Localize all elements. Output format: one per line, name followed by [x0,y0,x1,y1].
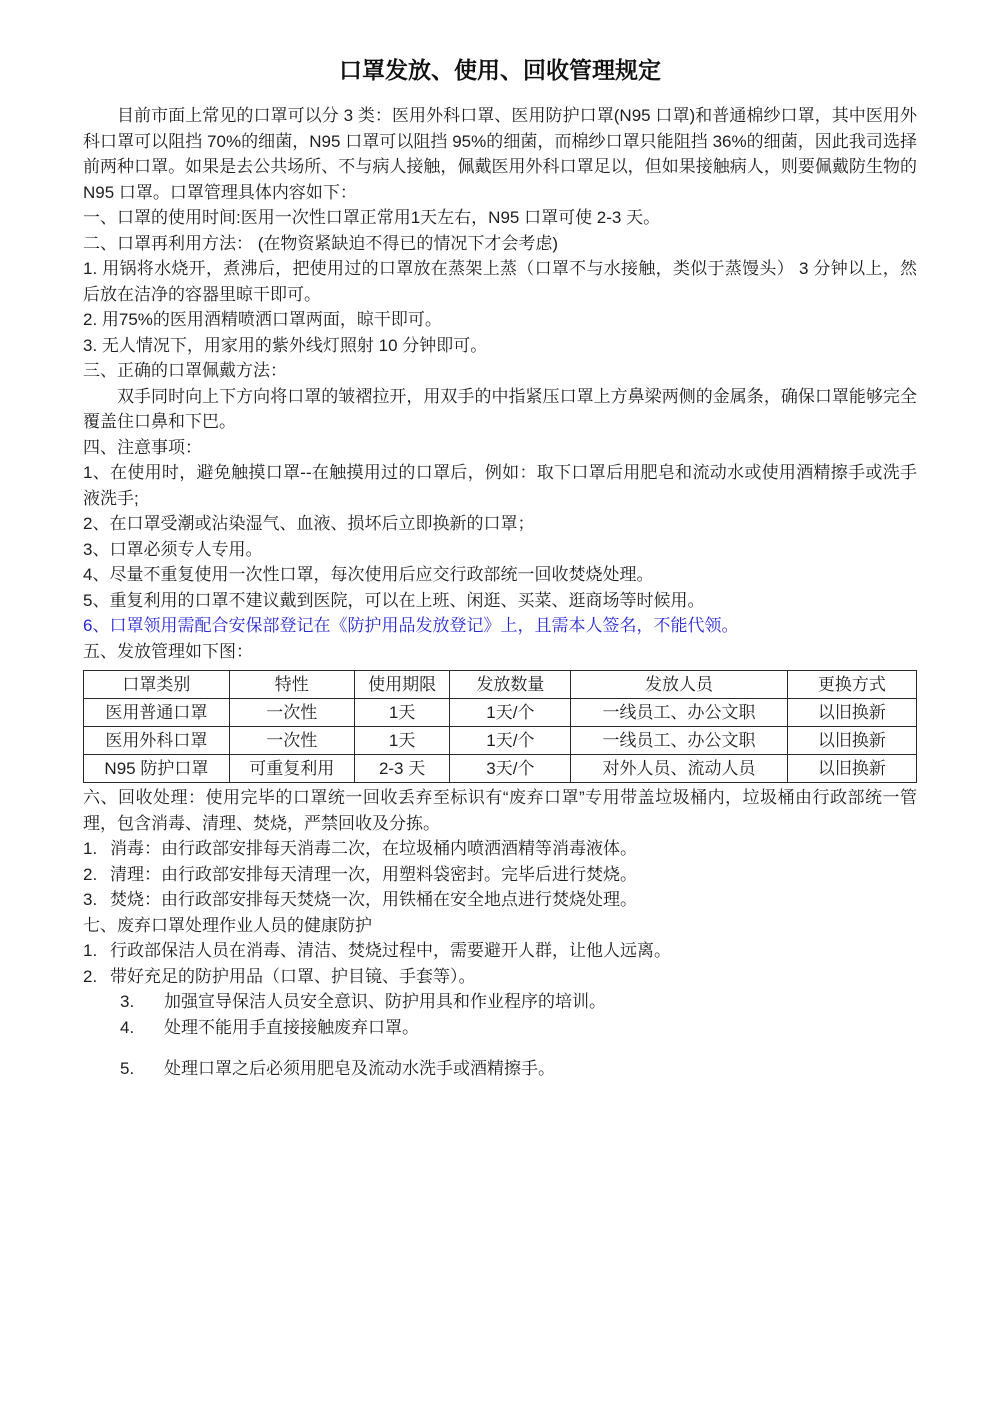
section-4-item-3: 3、口罩必须专人专用。 [83,537,917,563]
table-cell: 以旧换新 [787,727,916,755]
section-7-item-2: 2. 带好充足的防护用品（口罩、护目镜、手套等）。 [83,964,917,990]
section-7-item-5: 5. 处理口罩之后必须用肥皂及流动水洗手或酒精擦手。 [83,1056,917,1082]
list-item-number: 2. [83,862,110,888]
table-cell: 1天/个 [450,699,571,727]
list-item-text: 消毒：由行政部安排每天消毒二次，在垃圾桶内喷洒酒精等消毒液体。 [110,836,637,862]
table-cell: 医用普通口罩 [84,699,230,727]
table-header-issue-qty: 发放数量 [450,671,571,699]
document-title: 口罩发放、使用、回收管理规定 [83,56,917,86]
table-cell: 以旧换新 [787,699,916,727]
table-header-issue-people: 发放人员 [571,671,788,699]
section-3-heading: 三、正确的口罩佩戴方法： [83,358,917,384]
list-item-text: 焚烧：由行政部安排每天焚烧一次，用铁桶在安全地点进行焚烧处理。 [110,887,637,913]
table-header-use-period: 使用期限 [354,671,450,699]
section-4-item-6-highlighted: 6、口罩领用需配合安保部登记在《防护用品发放登记》上，且需本人签名，不能代领。 [83,613,917,639]
table-cell: 对外人员、流动人员 [571,755,788,783]
list-item-text: 加强宣导保洁人员安全意识、防护用具和作业程序的培训。 [164,989,606,1015]
list-item-text: 处理不能用手直接接触废弃口罩。 [164,1015,419,1041]
section-4-item-1: 1、在使用时，避免触摸口罩--在触摸用过的口罩后，例如：取下口罩后用肥皂和流动水… [83,460,917,511]
list-item-number: 1. [83,836,110,862]
section-4-item-5: 5、重复利用的口罩不建议戴到医院，可以在上班、闲逛、买菜、逛商场等时候用。 [83,588,917,614]
section-4-item-2: 2、在口罩受潮或沾染湿气、血液、损坏后立即换新的口罩； [83,511,917,537]
list-item-number: 1. [83,938,110,964]
list-item-number: 4. [120,1015,164,1041]
list-item-text: 处理口罩之后必须用肥皂及流动水洗手或酒精擦手。 [164,1056,555,1082]
section-7-item-4: 4. 处理不能用手直接接触废弃口罩。 [83,1015,917,1041]
table-cell: 1天/个 [450,727,571,755]
list-item-text: 带好充足的防护用品（口罩、护目镜、手套等）。 [110,964,476,990]
section-2-item-1: 1. 用锅将水烧开，煮沸后，把使用过的口罩放在蒸架上蒸（口罩不与水接触，类似于蒸… [83,256,917,307]
table-header-mask-type: 口罩类别 [84,671,230,699]
table-cell: N95 防护口罩 [84,755,230,783]
table-header-replace-method: 更换方式 [787,671,916,699]
section-5-heading: 五、发放管理如下图： [83,639,917,665]
section-1-heading: 一、口罩的使用时间:医用一次性口罩正常用1天左右，N95 口罩可使 2-3 天。 [83,205,917,231]
table-cell: 可重复利用 [229,755,354,783]
section-2-item-3: 3. 无人情况下，用家用的紫外线灯照射 10 分钟即可。 [83,333,917,359]
section-6-item-2: 2. 清理：由行政部安排每天清理一次，用塑料袋密封。完毕后进行焚烧。 [83,862,917,888]
table-row: 医用外科口罩 一次性 1天 1天/个 一线员工、办公文职 以旧换新 [84,727,917,755]
list-item-number: 3. [120,989,164,1015]
section-6-item-1: 1. 消毒：由行政部安排每天消毒二次，在垃圾桶内喷洒酒精等消毒液体。 [83,836,917,862]
intro-paragraph: 目前市面上常见的口罩可以分 3 类：医用外科口罩、医用防护口罩(N95 口罩)和… [83,103,917,205]
table-cell: 1天 [354,699,450,727]
list-item-number: 3. [83,887,110,913]
list-item-text: 清理：由行政部安排每天清理一次，用塑料袋密封。完毕后进行焚烧。 [110,862,637,888]
section-4-heading: 四、注意事项： [83,435,917,461]
section-3-body: 双手同时向上下方向将口罩的皱褶拉开，用双手的中指紧压口罩上方鼻梁两侧的金属条，确… [83,384,917,435]
document-page: 口罩发放、使用、回收管理规定 目前市面上常见的口罩可以分 3 类：医用外科口罩、… [0,0,1000,1122]
table-cell: 一线员工、办公文职 [571,727,788,755]
mask-distribution-table: 口罩类别 特性 使用期限 发放数量 发放人员 更换方式 医用普通口罩 一次性 1… [83,670,917,783]
section-7-item-1: 1. 行政部保洁人员在消毒、清洁、焚烧过程中，需要避开人群，让他人远离。 [83,938,917,964]
list-item-number: 5. [120,1056,164,1082]
table-cell: 3天/个 [450,755,571,783]
table-cell: 一次性 [229,727,354,755]
table-cell: 一次性 [229,699,354,727]
table-cell: 1天 [354,727,450,755]
table-header-property: 特性 [229,671,354,699]
section-2-item-2: 2. 用75%的医用酒精喷洒口罩两面，晾干即可。 [83,307,917,333]
list-item-number: 2. [83,964,110,990]
table-row: N95 防护口罩 可重复利用 2-3 天 3天/个 对外人员、流动人员 以旧换新 [84,755,917,783]
table-cell: 一线员工、办公文职 [571,699,788,727]
table-cell: 2-3 天 [354,755,450,783]
table-cell: 医用外科口罩 [84,727,230,755]
table-header-row: 口罩类别 特性 使用期限 发放数量 发放人员 更换方式 [84,671,917,699]
section-6-item-3: 3. 焚烧：由行政部安排每天焚烧一次，用铁桶在安全地点进行焚烧处理。 [83,887,917,913]
section-6-paragraph: 六、回收处理：使用完毕的口罩统一回收丢弃至标识有“废弃口罩”专用带盖垃圾桶内，垃… [83,785,917,836]
section-4-item-4: 4、尽量不重复使用一次性口罩，每次使用后应交行政部统一回收焚烧处理。 [83,562,917,588]
section-2-heading: 二、口罩再利用方法： (在物资紧缺迫不得已的情况下才会考虑) [83,231,917,257]
section-7-heading: 七、废弃口罩处理作业人员的健康防护 [83,913,917,939]
list-item-text: 行政部保洁人员在消毒、清洁、焚烧过程中，需要避开人群，让他人远离。 [110,938,671,964]
section-7-item-3: 3. 加强宣导保洁人员安全意识、防护用具和作业程序的培训。 [83,989,917,1015]
table-row: 医用普通口罩 一次性 1天 1天/个 一线员工、办公文职 以旧换新 [84,699,917,727]
table-cell: 以旧换新 [787,755,916,783]
